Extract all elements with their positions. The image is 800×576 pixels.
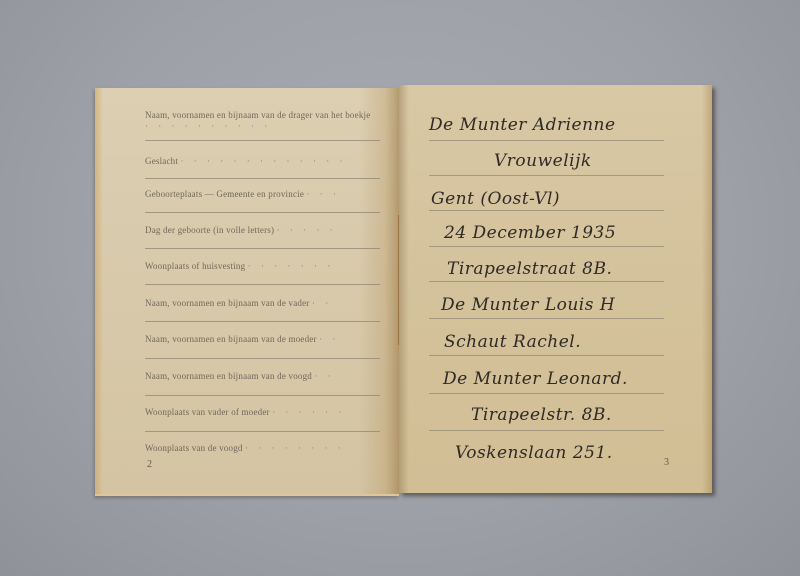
field-label-father-name: Naam, voornamen en bijnaam van de vader …: [145, 298, 375, 309]
answer-line: [429, 210, 664, 211]
handwritten-birth-date: 24 December 1935: [444, 223, 616, 243]
dot-leader: · ·: [312, 298, 332, 308]
answer-line: [145, 431, 380, 432]
dot-leader: · · · · · · · ·: [245, 443, 345, 453]
field-label-text: Naam, voornamen en bijnaam van de vader: [145, 298, 310, 308]
dot-leader: · · · · · ·: [272, 407, 345, 417]
answer-line: [145, 140, 380, 141]
page-number-right: 3: [664, 457, 669, 468]
handwritten-mother-name: Schaut Rachel.: [444, 332, 581, 352]
field-label-text: Geslacht: [145, 156, 178, 166]
page-number-left: 2: [147, 459, 152, 470]
field-label-text: Woonplaats of huisvesting: [145, 261, 245, 271]
field-label-sex: Geslacht · · · · · · · · · · · · ·: [145, 156, 375, 167]
dot-leader: · · · · · · · · · · · · ·: [181, 156, 347, 166]
handwritten-guardian-residence: Voskenslaan 251.: [455, 443, 613, 463]
field-label-residence: Woonplaats of huisvesting · · · · · · ·: [145, 261, 375, 272]
dot-leader: · ·: [314, 371, 334, 381]
handwritten-sex: Vrouwelijk: [494, 151, 592, 171]
field-label-parent-residence: Woonplaats van vader of moeder · · · · ·…: [145, 407, 375, 418]
answer-line: [145, 248, 380, 249]
answer-line: [429, 140, 664, 141]
answer-line: [145, 178, 380, 179]
field-label-text: Dag der geboorte (in volle letters): [145, 225, 274, 235]
booklet: Naam, voornamen en bijnaam van de drager…: [0, 0, 800, 576]
field-label-birthplace: Geboorteplaats — Gemeente en provincie ·…: [145, 189, 375, 200]
handwritten-bearer-name: De Munter Adrienne: [429, 115, 616, 135]
field-label-mother-name: Naam, voornamen en bijnaam van de moeder…: [145, 334, 375, 345]
left-page: Naam, voornamen en bijnaam van de drager…: [95, 88, 399, 496]
dot-leader: · · ·: [307, 189, 341, 199]
answer-line: [145, 358, 380, 359]
field-label-guardian-residence: Woonplaats van de voogd · · · · · · · ·: [145, 443, 375, 454]
answer-line: [145, 212, 380, 213]
field-label-text: Geboorteplaats — Gemeente en provincie: [145, 189, 304, 199]
dot-leader: · · · · · · ·: [248, 261, 334, 271]
answer-line: [429, 355, 664, 356]
field-label-text: Naam, voornamen en bijnaam van de moeder: [145, 334, 317, 344]
handwritten-father-name: De Munter Louis H: [441, 295, 615, 315]
field-label-birth-date: Dag der geboorte (in volle letters) · · …: [145, 225, 375, 236]
answer-line: [429, 393, 664, 394]
field-label-guardian-name: Naam, voornamen en bijnaam van de voogd …: [145, 371, 375, 382]
field-label-text: Naam, voornamen en bijnaam van de voogd: [145, 371, 312, 381]
answer-line: [145, 395, 380, 396]
field-label-text: Woonplaats van vader of moeder: [145, 407, 270, 417]
handwritten-birthplace: Gent (Oost-Vl): [431, 189, 560, 209]
field-label-bearer-name: Naam, voornamen en bijnaam van de drager…: [145, 110, 375, 132]
answer-line: [429, 318, 664, 319]
handwritten-residence: Tirapeelstraat 8B.: [447, 259, 612, 279]
answer-line: [429, 246, 664, 247]
handwritten-guardian-name: De Munter Leonard.: [443, 369, 628, 389]
field-label-text: Woonplaats van de voogd: [145, 443, 243, 453]
handwritten-parent-residence: Tirapeelstr. 8B.: [471, 405, 612, 425]
dot-leader: · ·: [319, 334, 339, 344]
dot-leader: · · · · ·: [277, 225, 337, 235]
answer-line: [429, 281, 664, 282]
right-page: De Munter Adrienne Vrouwelijk Gent (Oost…: [399, 85, 712, 493]
field-label-text: Naam, voornamen en bijnaam van de drager…: [145, 110, 370, 120]
answer-line: [145, 321, 380, 322]
answer-line: [145, 284, 380, 285]
dot-leader: · · · · · · · · · ·: [145, 121, 271, 131]
answer-line: [429, 175, 664, 176]
answer-line: [429, 430, 664, 431]
